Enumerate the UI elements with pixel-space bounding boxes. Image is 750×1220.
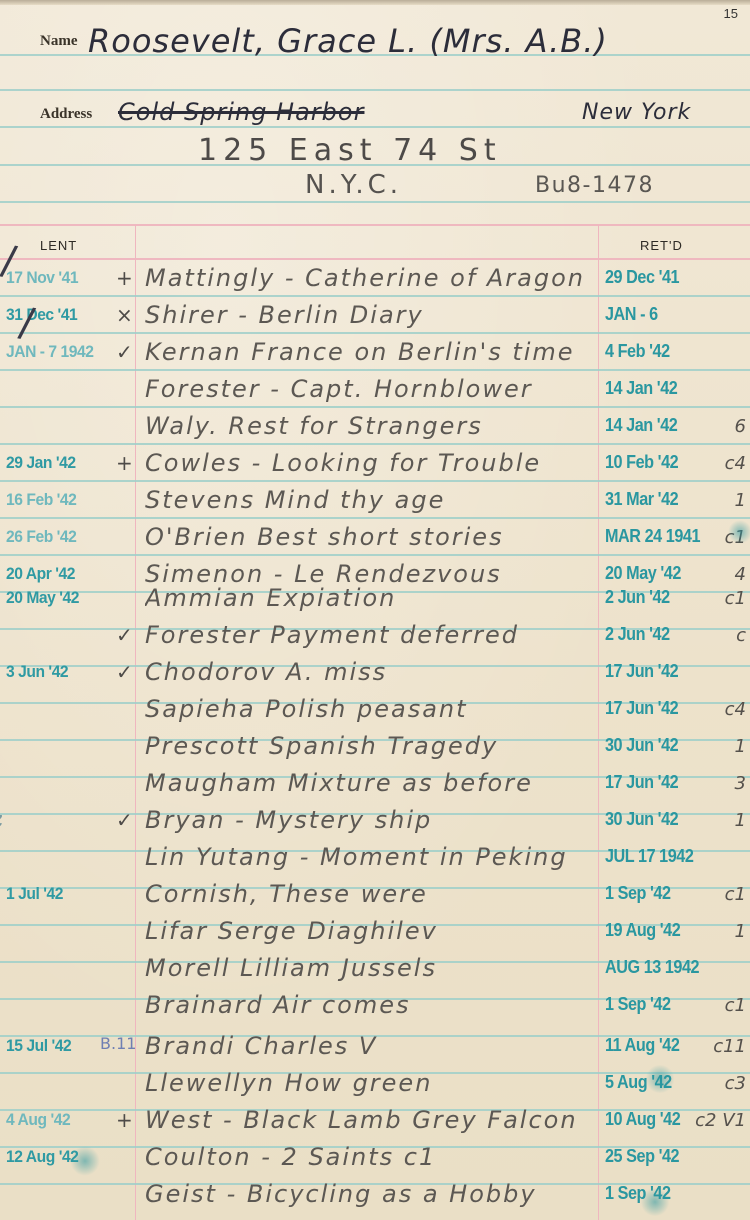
- address-state: New York: [582, 100, 691, 125]
- book-title: Stevens Mind thy age: [145, 486, 445, 514]
- book-title: Brainard Air comes: [145, 991, 410, 1019]
- book-title: Llewellyn How green: [145, 1069, 432, 1097]
- lent-date-stamp: 29 Jan '42: [6, 453, 121, 473]
- loan-entry: Lifar Serge Diaghilev 19 Aug '42 1: [0, 915, 750, 952]
- returned-date-stamp: JUL 17 1942: [605, 846, 693, 867]
- returned-date-stamp: 25 Sep '42: [605, 1146, 679, 1167]
- book-title: Shirer - Berlin Diary: [145, 301, 424, 329]
- returned-date-stamp: 14 Jan '42: [605, 378, 677, 399]
- lent-date-stamp: 20 Apr '42: [6, 564, 121, 584]
- book-title: Ammian Expiation: [145, 584, 396, 612]
- book-title: Chodorov A. miss: [145, 658, 387, 686]
- entry-note: c4: [725, 699, 746, 720]
- lent-date-stamp: 3 Jun '42: [6, 662, 121, 682]
- loan-entry: 20 May '42 Ammian Expiation 2 Jun '42 c1: [0, 582, 750, 619]
- entry-note: 6: [735, 416, 746, 437]
- loan-entry: 12 Aug '42 Coulton - 2 Saints c1 25 Sep …: [0, 1141, 750, 1178]
- address-label: Address: [40, 106, 92, 123]
- check-mark: ✓: [116, 623, 133, 647]
- lent-date-stamp: 17 Nov '41: [6, 268, 121, 288]
- loan-entry: Maugham Mixture as before 17 Jun '42 3: [0, 767, 750, 804]
- ink-smudge: [640, 1188, 670, 1216]
- loan-entry: 17 Nov '41 + Mattingly - Catherine of Ar…: [0, 262, 750, 299]
- lent-date-stamp: 1 Jul '42: [6, 884, 121, 904]
- returned-date-stamp: AUG 13 1942: [605, 957, 699, 978]
- struck-address: Cold Spring Harbor: [118, 98, 364, 126]
- lent-date-stamp: 4 Aug '42: [6, 1110, 121, 1130]
- entry-note: c: [736, 625, 746, 646]
- lent-date-stamp: 16 Feb '42: [6, 490, 121, 510]
- entry-note: c1: [725, 995, 746, 1016]
- returned-date-stamp: 30 Jun '42: [605, 809, 678, 830]
- ink-smudge: [70, 1146, 100, 1176]
- entry-note: 1: [735, 921, 746, 942]
- header-rule: [0, 89, 750, 91]
- blue-pencil-mark: B.11: [100, 1034, 136, 1053]
- loan-entry: 7 Jan '42 Forester - Capt. Hornblower 14…: [0, 373, 750, 410]
- returned-date-stamp: 20 May '42: [605, 563, 681, 584]
- returned-date-stamp: 10 Feb '42: [605, 452, 678, 473]
- entry-mark: +: [116, 451, 133, 475]
- returned-date-stamp: MAR 24 1941: [605, 526, 700, 547]
- book-title: Maugham Mixture as before: [145, 769, 533, 797]
- entry-note: c2 V1: [695, 1110, 746, 1131]
- entry-mark: +: [116, 1108, 133, 1132]
- header-rule: [0, 201, 750, 203]
- entry-note: 3: [735, 773, 746, 794]
- loan-entry: 4 Aug '42 + West - Black Lamb Grey Falco…: [0, 1104, 750, 1141]
- returned-date-stamp: 2 Jun '42: [605, 624, 670, 645]
- book-title: Bryan - Mystery ship: [145, 806, 432, 834]
- book-title: Coulton - 2 Saints c1: [145, 1143, 436, 1171]
- loan-entry: Lin Yutang - Moment in Peking JUL 17 194…: [0, 841, 750, 878]
- entry-note: 1: [735, 490, 746, 511]
- check-mark: ✓: [116, 808, 133, 832]
- check-mark: ✓: [116, 660, 133, 684]
- borrower-name: Roosevelt, Grace L. (Mrs. A.B.): [88, 22, 608, 60]
- name-label: Name: [40, 33, 78, 50]
- loan-entry: 1 Jul '42 Cornish, These were 1 Sep '42 …: [0, 878, 750, 915]
- loan-entry: 26 Feb '42 O'Brien Best short stories MA…: [0, 521, 750, 558]
- ink-smudge: [728, 520, 750, 544]
- book-title: Morell Lilliam Jussels: [145, 954, 437, 982]
- loan-entry: 24 Jun '42 ✓ Bryan - Mystery ship 30 Jun…: [0, 804, 750, 841]
- returned-date-stamp: 4 Feb '42: [605, 341, 670, 362]
- library-loan-card: 15 Name Roosevelt, Grace L. (Mrs. A.B.) …: [0, 0, 750, 1220]
- lent-date-stamp: 12 Aug '42: [6, 1147, 121, 1167]
- entry-mark: +: [116, 266, 133, 290]
- card-number: 15: [724, 6, 738, 21]
- loan-entry: 16 Feb '42 Stevens Mind thy age 31 Mar '…: [0, 484, 750, 521]
- entry-note: c11: [713, 1036, 746, 1057]
- loan-entry: 31 Dec '41 × Shirer - Berlin Diary JAN -…: [0, 299, 750, 336]
- returned-date-stamp: 29 Dec '41: [605, 267, 679, 288]
- book-title: Sapieha Polish peasant: [145, 695, 468, 723]
- book-title: Cornish, These were: [145, 880, 428, 908]
- book-title: Mattingly - Catherine of Aragon: [145, 264, 585, 292]
- returned-date-stamp: 14 Jan '42: [605, 415, 677, 436]
- lent-date-stamp-upside-down: 24 Jun '42: [0, 810, 6, 830]
- loan-entry: Geist - Bicycling as a Hobby 1 Sep '42: [0, 1178, 750, 1215]
- book-title: O'Brien Best short stories: [145, 523, 504, 551]
- entry-note: c1: [725, 884, 746, 905]
- phone-number: Bu8-1478: [535, 173, 654, 198]
- returned-date-stamp: 10 Aug '42: [605, 1109, 680, 1130]
- book-title: Forester - Capt. Hornblower: [145, 375, 533, 403]
- book-title: Geist - Bicycling as a Hobby: [145, 1180, 537, 1208]
- returned-date-stamp: 1 Sep '42: [605, 883, 671, 904]
- book-title: West - Black Lamb Grey Falcon: [145, 1106, 578, 1134]
- book-title: Waly. Rest for Strangers: [145, 412, 483, 440]
- loan-entry: Waly. Rest for Strangers 14 Jan '42 6: [0, 410, 750, 447]
- returned-date-stamp: 17 Jun '42: [605, 661, 678, 682]
- loan-entry: 15 Jul '42 B.11 Brandi Charles V 11 Aug …: [0, 1030, 750, 1067]
- returned-date-stamp: 31 Mar '42: [605, 489, 678, 510]
- loan-entry: 3 Jun '42 ✓ Chodorov A. miss 17 Jun '42: [0, 656, 750, 693]
- book-title: Cowles - Looking for Trouble: [145, 449, 541, 477]
- book-title: Prescott Spanish Tragedy: [145, 732, 498, 760]
- loan-entry: Sapieha Polish peasant 17 Jun '42 c4: [0, 693, 750, 730]
- returned-date-stamp: JAN - 6: [605, 304, 658, 325]
- lent-date-stamp: 20 May '42: [6, 588, 121, 608]
- new-street-address: 125 East 74 St: [198, 133, 502, 168]
- loan-entry: Llewellyn How green 5 Aug '42 c3: [0, 1067, 750, 1104]
- loan-entry: 29 Jan '42 + Cowles - Looking for Troubl…: [0, 447, 750, 484]
- returned-date-stamp: 19 Aug '42: [605, 920, 680, 941]
- loan-entry: JAN - 7 1942 ✓ Kernan France on Berlin's…: [0, 336, 750, 373]
- returned-date-stamp: 17 Jun '42: [605, 698, 678, 719]
- pink-column-rule: [0, 258, 750, 260]
- loan-entry: ✓ Forester Payment deferred 2 Jun '42 c: [0, 619, 750, 656]
- entry-mark: ×: [116, 303, 133, 327]
- loan-entry: Morell Lilliam Jussels AUG 13 1942: [0, 952, 750, 989]
- returned-date-stamp: 1 Sep '42: [605, 994, 671, 1015]
- returned-date-stamp: 2 Jun '42: [605, 587, 670, 608]
- new-city: N.Y.C.: [305, 170, 402, 200]
- pink-header-rule: [0, 224, 750, 226]
- entry-note: c3: [725, 1073, 746, 1094]
- check-mark: ✓: [116, 340, 133, 364]
- book-title: Kernan France on Berlin's time: [145, 338, 575, 366]
- ink-smudge: [645, 1065, 675, 1093]
- loan-entry: Brainard Air comes 1 Sep '42 c1: [0, 989, 750, 1026]
- book-title: Brandi Charles V: [145, 1032, 377, 1060]
- entry-note: 1: [735, 810, 746, 831]
- entry-note: c1: [725, 588, 746, 609]
- returned-column-header: RET'D: [640, 238, 683, 253]
- header-rule: [0, 126, 750, 128]
- returned-date-stamp: 17 Jun '42: [605, 772, 678, 793]
- book-title: Forester Payment deferred: [145, 621, 519, 649]
- lent-column-header: LENT: [40, 238, 77, 253]
- returned-date-stamp: 30 Jun '42: [605, 735, 678, 756]
- returned-date-stamp: 11 Aug '42: [605, 1035, 679, 1056]
- lent-date-stamp-upside-down: 7 Jan '42: [0, 379, 6, 399]
- entry-note: 1: [735, 736, 746, 757]
- entry-note: c4: [725, 453, 746, 474]
- lent-date-stamp: 26 Feb '42: [6, 527, 121, 547]
- loan-entry: Prescott Spanish Tragedy 30 Jun '42 1: [0, 730, 750, 767]
- book-title: Lifar Serge Diaghilev: [145, 917, 438, 945]
- book-title: Lin Yutang - Moment in Peking: [145, 843, 568, 871]
- card-top-edge: [0, 0, 750, 5]
